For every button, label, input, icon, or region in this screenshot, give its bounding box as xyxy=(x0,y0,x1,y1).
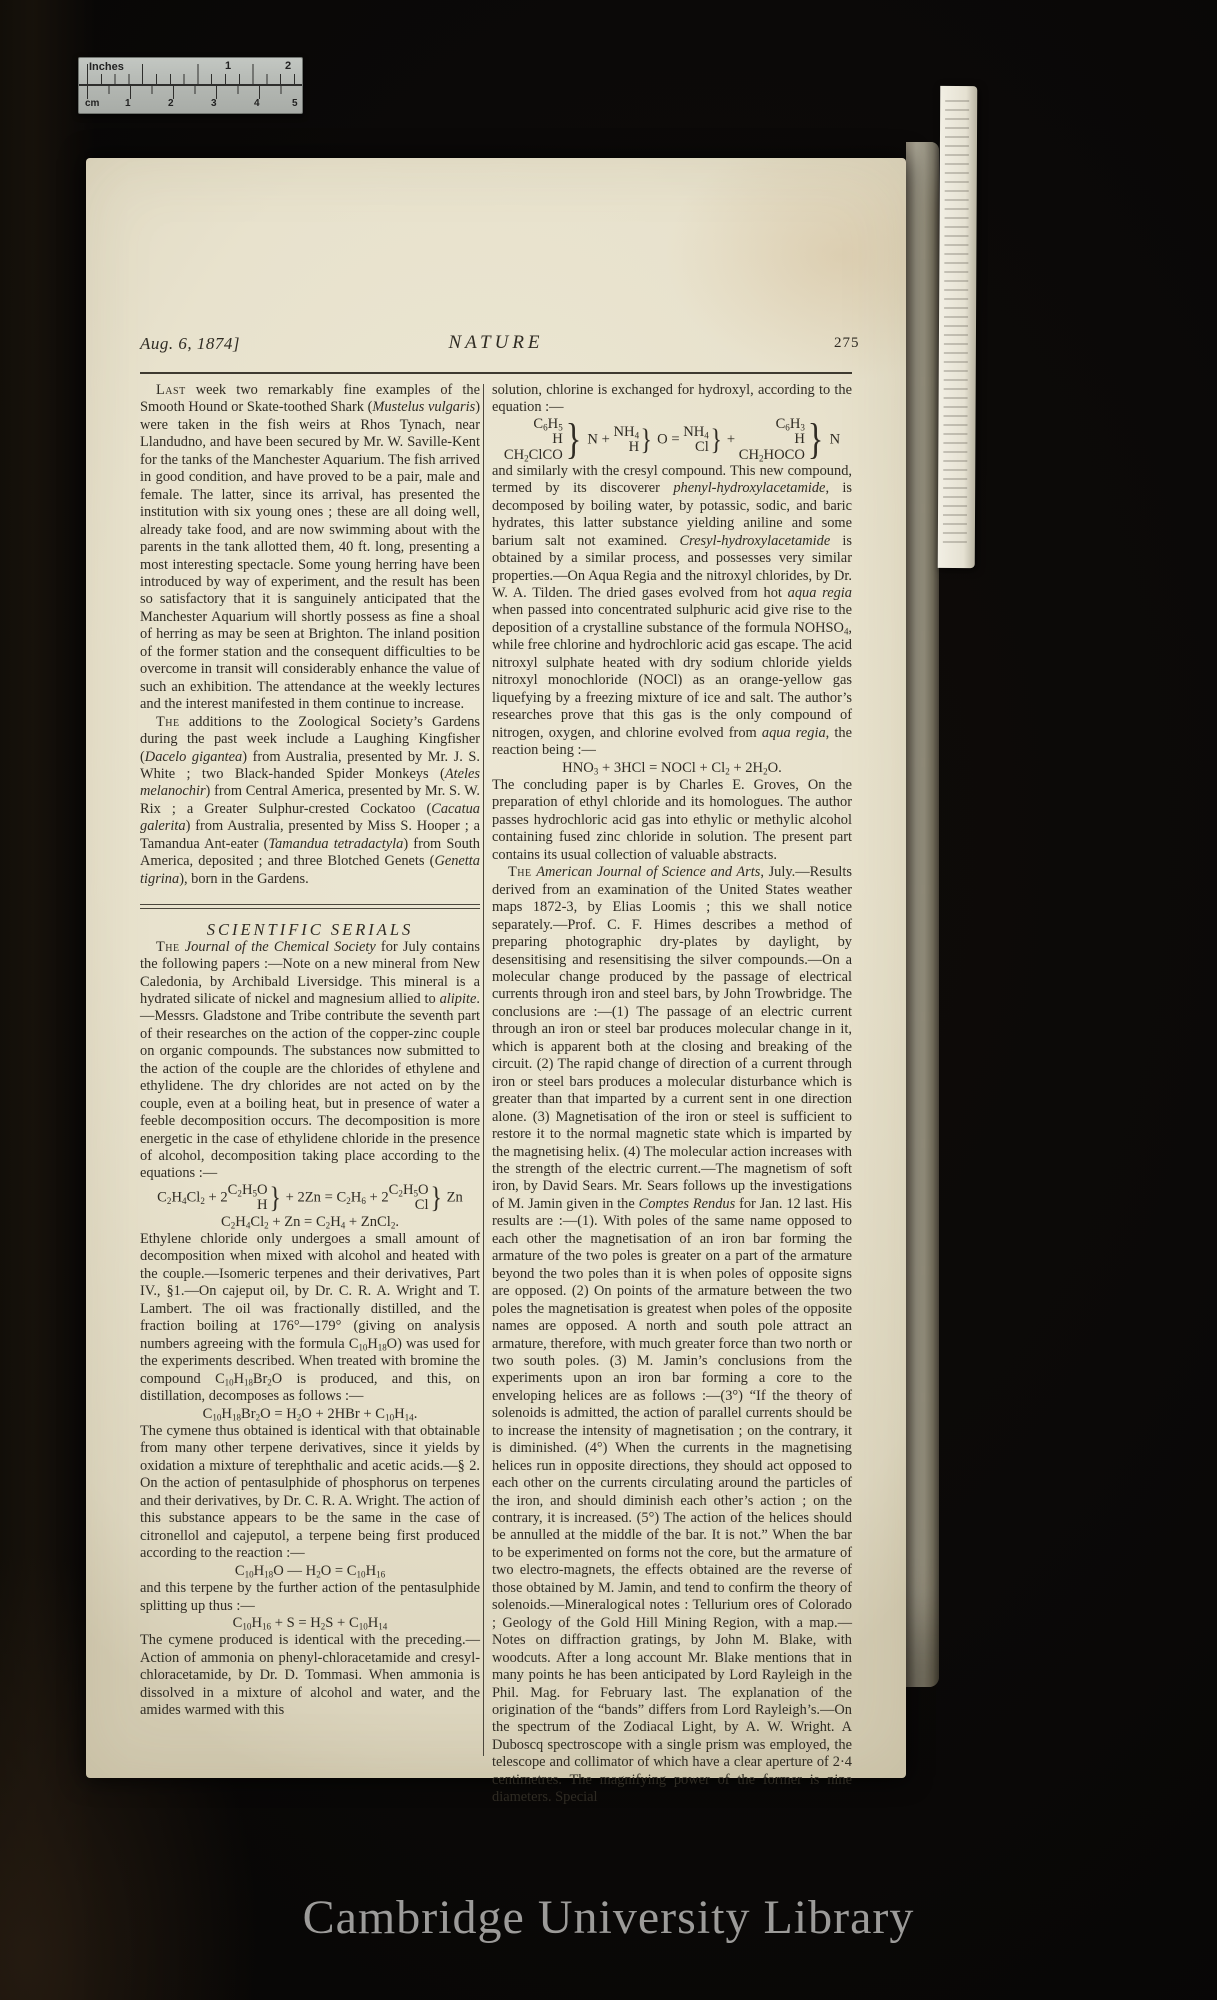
paragraph-zoo-additions: The additions to the Zoological Society’… xyxy=(140,714,480,889)
ruler-cm-number: 3 xyxy=(211,98,217,109)
equation-terpene-reaction: C10H18O — H2O = C10H16 xyxy=(140,1563,480,1580)
header-rule xyxy=(140,372,852,374)
equation-pentasulphide: C10H16 + S = H2S + C10H14 xyxy=(140,1615,480,1632)
header-journal-title: NATURE xyxy=(140,332,852,354)
ruler-cm-label: cm xyxy=(85,98,99,109)
ruler-inch-number: 1 xyxy=(225,60,231,72)
paragraph-terpene-splitting: and this terpene by the further action o… xyxy=(140,1580,480,1615)
equation-aqua-regia: HNO3 + 3HCl = NOCl + Cl2 + 2H2O. xyxy=(492,760,852,777)
paragraph-cresyl-compound: and similarly with the cresyl compound. … xyxy=(492,463,852,760)
header-page-number: 275 xyxy=(834,335,860,352)
paragraph-cymene-obtained: The cymene thus obtained is identical wi… xyxy=(140,1423,480,1563)
measurement-ruler: Inches cm 1 2 1 2 3 4 5 xyxy=(78,57,303,114)
equation-ethylidene-2: C2H4Cl2 + Zn = C2H4 + ZnCl2. xyxy=(140,1214,480,1231)
ruler-inch-number: 2 xyxy=(285,60,291,72)
ruler-cm-number: 4 xyxy=(254,98,260,109)
ruler-cm-number: 2 xyxy=(168,98,174,109)
ruler-cm-major-ticks xyxy=(87,86,300,99)
adjacent-page-sliver xyxy=(938,86,978,568)
equation-hydroxyl-exchange: C6H5HCH2ClCO} N + NH4H} O = NH4Cl} + C6H… xyxy=(492,417,852,463)
paragraph-shark-news: Last week two remarkably fine examples o… xyxy=(140,382,480,714)
right-column: solution, chlorine is exchanged for hydr… xyxy=(492,382,852,1807)
ruler-inch-major-ticks xyxy=(87,64,300,84)
book-fore-edge-pages xyxy=(906,142,939,1687)
section-double-rule xyxy=(140,904,480,909)
section-heading-scientific-serials: SCIENTIFIC SERIALS xyxy=(140,921,480,938)
equation-ethylidene-1: C2H4Cl2 + 2C2H5OH} + 2Zn = C2H6 + 2C2H5O… xyxy=(140,1183,480,1214)
paragraph-solution-chlorine: solution, chlorine is exchanged for hydr… xyxy=(492,382,852,417)
column-divider xyxy=(483,384,484,1756)
paragraph-ethylene-chloride: Ethylene chloride only undergoes a small… xyxy=(140,1231,480,1406)
equation-bromine-decomposition: C10H18Br2O = H2O + 2HBr + C10H14. xyxy=(140,1406,480,1423)
library-watermark: Cambridge University Library xyxy=(0,1890,1217,1945)
paragraph-american-journal: The American Journal of Science and Arts… xyxy=(492,864,852,1806)
paragraph-concluding-paper: The concluding paper is by Charles E. Gr… xyxy=(492,777,852,864)
ruler-cm-number: 5 xyxy=(292,98,298,109)
left-column: Last week two remarkably fine examples o… xyxy=(140,382,480,1720)
paragraph-cymene-produced: The cymene produced is identical with th… xyxy=(140,1632,480,1719)
journal-page: Aug. 6, 1874] NATURE 275 Last week two r… xyxy=(86,158,906,1778)
paragraph-chemical-society: The Journal of the Chemical Society for … xyxy=(140,939,480,1183)
ruler-cm-number: 1 xyxy=(125,98,131,109)
page-header: Aug. 6, 1874] NATURE 275 xyxy=(140,334,852,360)
